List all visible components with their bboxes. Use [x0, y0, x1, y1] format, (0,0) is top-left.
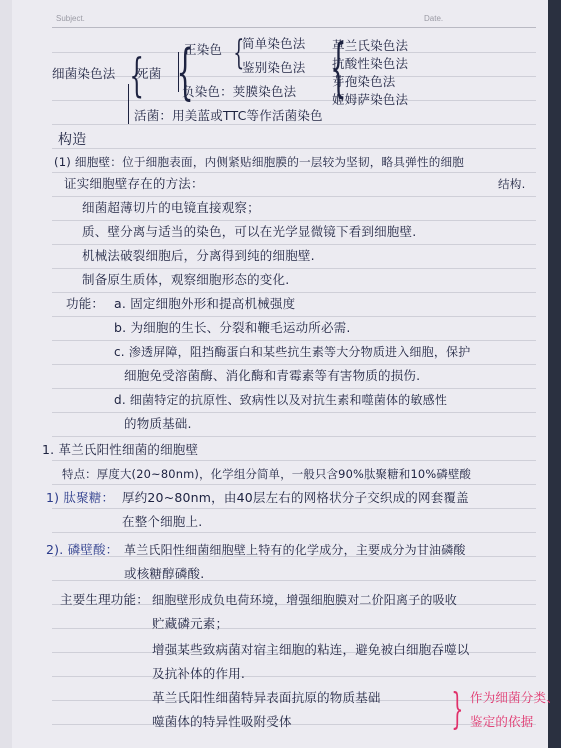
ruled-line [52, 388, 536, 389]
ruled-line [52, 172, 536, 173]
dead-bacteria: 死菌 [136, 66, 161, 82]
simple-stain: 简单染色法 [242, 36, 306, 52]
ruled-line [52, 340, 536, 341]
main-function-item: 细胞壁形成负电荷环境，增强细胞膜对二价阳离子的吸收 [152, 592, 457, 608]
function-label: 功能： [66, 296, 104, 312]
ruled-line [52, 412, 536, 413]
function-item: c. 渗透屏障，阻挡酶蛋白和某些抗生素等大分物质进入细胞，保护 [114, 344, 470, 360]
tree-line [178, 52, 179, 92]
teichoic-label: 2). 磷壁酸： [46, 542, 118, 558]
cell-wall-definition-end: 结构. [498, 176, 525, 192]
notebook-page: Subject. Date. 细菌染色法 { 死菌 { 正染色 { 简单染色法 … [0, 0, 548, 748]
diff-method: 芽孢染色法 [332, 74, 396, 90]
negative-stain: 负染色：荚膜染色法 [182, 84, 296, 100]
teichoic-text: 或核糖醇磷酸. [124, 566, 204, 582]
date-label: Date. [424, 14, 443, 23]
differential-stain: 鉴别染色法 [242, 60, 306, 76]
ruled-line [52, 508, 536, 509]
header-rule [52, 27, 536, 28]
ruled-line [52, 100, 536, 101]
cell-wall-definition: (1) 细胞壁：位于细胞表面，内侧紧贴细胞膜的一层较为坚韧，略具弹性的细胞 [54, 154, 464, 170]
ruled-line [52, 724, 536, 725]
tree-line [128, 84, 129, 124]
annotation-text: 鉴定的依据 [470, 714, 534, 730]
main-function-item: 革兰氏阳性细菌特异表面抗原的物质基础 [152, 690, 381, 706]
ruled-line [52, 220, 536, 221]
ruled-line [52, 148, 536, 149]
ruled-line [52, 436, 536, 437]
ruled-line [52, 316, 536, 317]
brace-icon: { [451, 688, 463, 730]
positive-stain: 正染色 [184, 42, 222, 58]
peptidoglycan-text: 厚约20~80nm，由40层左右的网格状分子交织成的网套覆盖 [122, 490, 469, 506]
peptidoglycan-text: 在整个细胞上. [122, 514, 202, 530]
ruled-line [52, 52, 536, 53]
ruled-line [52, 364, 536, 365]
ruled-line [52, 76, 536, 77]
ruled-line [52, 124, 536, 125]
diff-method: 革兰氏染色法 [332, 38, 408, 54]
proof-method: 质、壁分离与适当的染色，可以在光学显微镜下看到细胞壁. [82, 224, 416, 240]
ruled-line [52, 268, 536, 269]
main-function-item: 增强某些致病菌对宿主细胞的粘连，避免被白细胞吞噬以 [152, 642, 470, 658]
teichoic-text: 革兰氏阳性细菌细胞壁上特有的化学成分，主要成分为甘油磷酸 [124, 542, 466, 558]
ruled-line [52, 460, 536, 461]
proof-method: 细菌超薄切片的电镜直接观察； [82, 200, 260, 216]
function-item: 细胞免受溶菌酶、消化酶和青霉素等有害物质的损伤. [124, 368, 420, 384]
gram-positive-feature: 特点：厚度大(20~80nm)，化学组分简单，一般只含90%肽聚糖和10%磷壁酸 [62, 466, 471, 482]
gram-positive-title: 1. 革兰氏阳性细菌的细胞壁 [42, 442, 198, 458]
ruled-line [52, 532, 536, 533]
proof-method: 制备原生质体，观察细胞形态的变化. [82, 272, 289, 288]
function-item: b. 为细胞的生长、分裂和鞭毛运动所必需. [114, 320, 351, 336]
ruled-line [52, 244, 536, 245]
proof-method: 机械法破裂细胞后，分离得到纯的细胞壁. [82, 248, 315, 264]
main-function-item: 及抗补体的作用. [152, 666, 245, 682]
function-item: d. 细菌特定的抗原性、致病性以及对抗生素和噬菌体的敏感性 [114, 392, 447, 408]
structure-title: 构造 [58, 132, 86, 148]
ruled-line [52, 484, 536, 485]
main-function-item: 贮藏磷元素； [152, 616, 228, 632]
peptidoglycan-label: 1) 肽聚糖： [46, 490, 114, 506]
ruled-line [52, 196, 536, 197]
function-item: 的物质基础. [124, 416, 192, 432]
ruled-line [52, 628, 536, 629]
live-bacteria: 活菌：用美蓝或TTC等作活菌染色 [134, 108, 323, 124]
ruled-line [52, 292, 536, 293]
main-function-label: 主要生理功能： [60, 592, 149, 608]
diff-method: 姬姆萨染色法 [332, 92, 408, 108]
main-function-item: 噬菌体的特异性吸附受体 [152, 714, 292, 730]
subject-label: Subject. [56, 14, 85, 23]
annotation-text: 作为细菌分类、 [470, 690, 559, 706]
proof-title: 证实细胞壁存在的方法： [64, 176, 204, 192]
diff-method: 抗酸性染色法 [332, 56, 408, 72]
staining-root: 细菌染色法 [52, 66, 116, 82]
function-item: a. 固定细胞外形和提高机械强度 [114, 296, 295, 312]
ruled-line [52, 676, 536, 677]
